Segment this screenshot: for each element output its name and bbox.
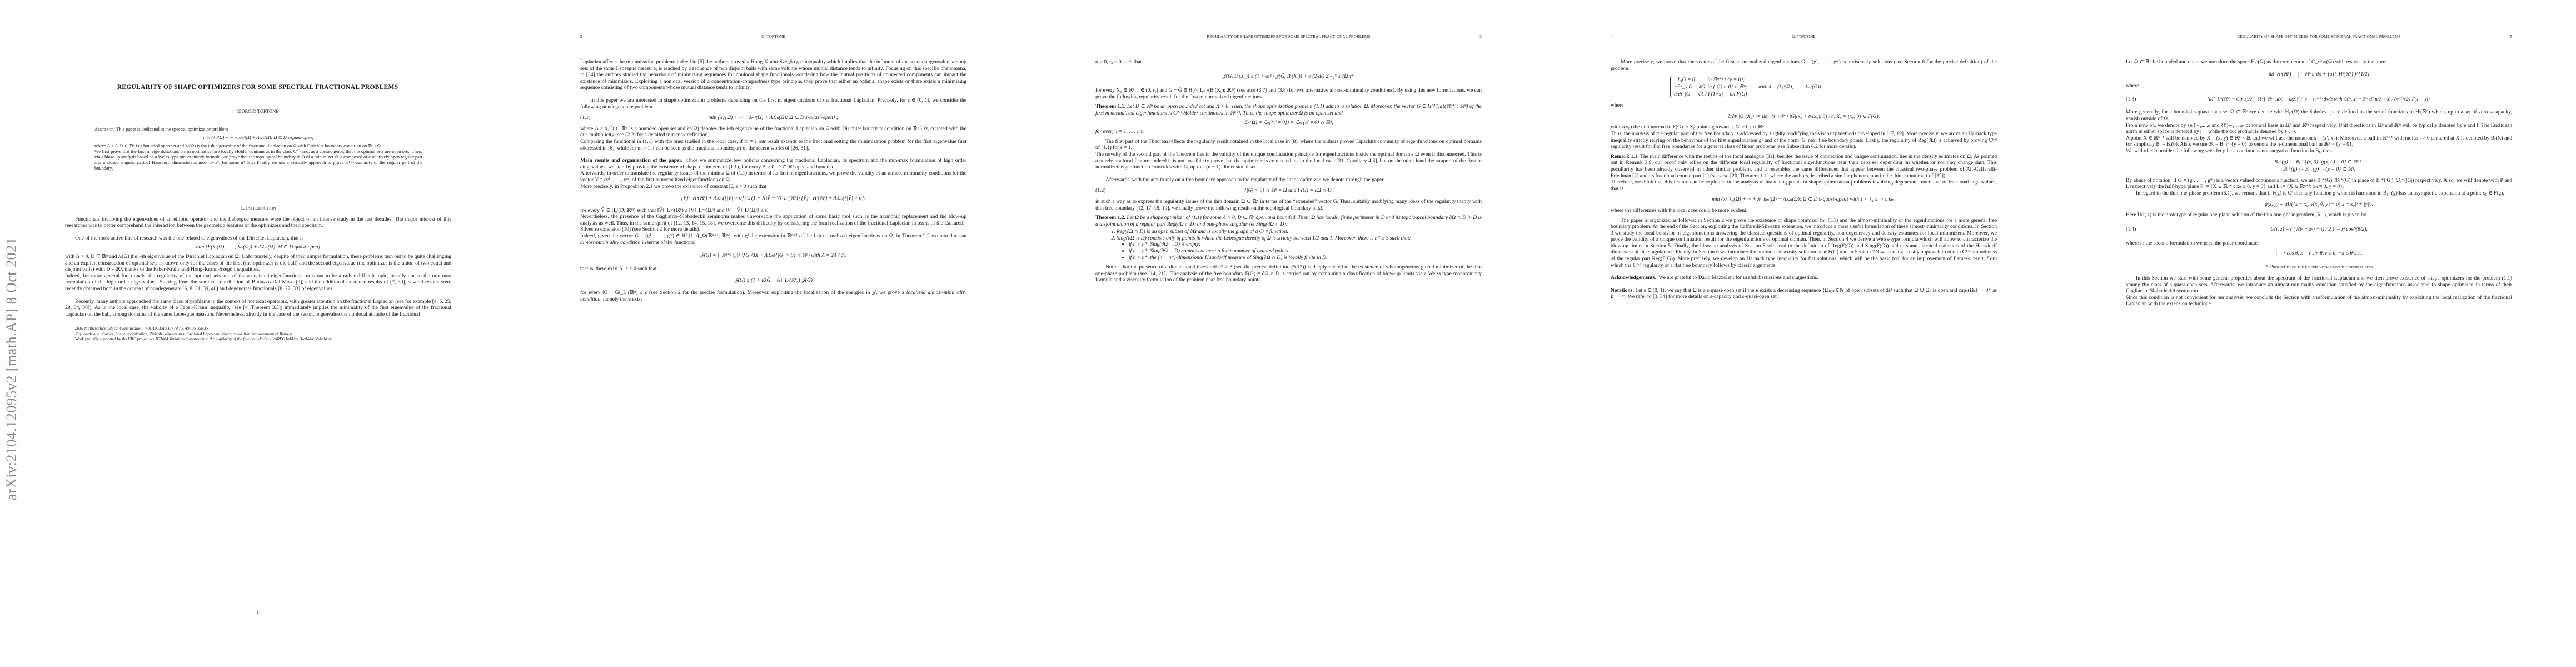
system-rhs: in {|G| > 0} ∩ ℝⁿ; <box>1707 83 1747 91</box>
equation-1-2: (1.2) {|G| > 0} ∩ ℝⁿ = Ω and F(G) = ∂Ω ∩… <box>1095 187 1482 194</box>
funding-tail: held by Bozhidar Velichkov. <box>286 336 333 341</box>
paragraph: One of the most active line of research … <box>65 235 451 242</box>
paragraph: By abuse of notation, if G = (g¹, . . . … <box>2126 177 2512 190</box>
page-number: 5 <box>2510 34 2512 39</box>
equation-body: min {λ₁ˢ(Ω) + ··· + λₘˢ(Ω) + Λℒₙ(Ω): Ω ⊂… <box>709 115 838 121</box>
paragraph: where <box>2126 83 2512 89</box>
page-4-body: More precisely, we prove that the vector… <box>1611 59 1997 300</box>
paragraph: with Λ > 0, D ⊆ ℝⁿ and λᵢ(Ω) the i-th ei… <box>65 253 451 273</box>
remark-1-1-body: The main difference with the results of … <box>1611 153 1997 179</box>
page-5: REGULARITY OF SHAPE OPTIMIZERS FOR SOME … <box>2061 0 2576 667</box>
running-head-title: REGULARITY OF SHAPE OPTIMIZERS FOR SOME … <box>1095 34 1482 39</box>
system-with: with λ = (λ₁ˢ(Ω), . . . , λₘˢ(Ω)), <box>1758 84 1822 91</box>
text: in terms of the functional <box>642 240 696 246</box>
system-lhs: −∂ᵃ_y G = λG <box>1674 83 1706 91</box>
equation-body: {|G| > 0} ∩ ℝⁿ = Ω and F(G) = ∂Ω ∩ D, <box>1244 187 1333 193</box>
theorem-1-1-tail: for every i = 1, . . . , m. <box>1095 128 1482 135</box>
system-cases: −LₐG = 0 in ℝⁿ⁺¹ \ {y = 0}; −∂ᵃ_y G = λG… <box>1670 76 1747 98</box>
equation-1-3: (1.3) [u]²_Hˢ(ℝⁿ) = C(n,s)/2 ∫_ℝⁿ ∫_ℝⁿ |… <box>2126 96 2512 103</box>
system-rhs: in ℝⁿ⁺¹ \ {y = 0}; <box>1707 76 1745 83</box>
paragraph: Laplacian affects the minimization probl… <box>580 59 966 91</box>
paragraph: More generally, for a bounded s-quasi-op… <box>2126 109 2512 122</box>
main-results-heading: Main results and organization of the pap… <box>580 157 682 163</box>
equation-tag: (1.1) <box>580 115 590 121</box>
theorem-1-1-body: Let D ⊂ ℝⁿ be an open bounded set and Λ … <box>1095 103 1482 116</box>
abstract-label: Abstract. <box>94 127 114 132</box>
paragraph: with ν(x₀) the unit normal to F(G) at X₀… <box>1611 124 1997 131</box>
footnotes: 2010 Mathematics Subject Classification.… <box>65 326 451 341</box>
paragraph: Indeed, for more general functionals, th… <box>65 273 451 292</box>
paragraph: In regard to the thin one-phase problem … <box>2126 190 2512 197</box>
section-heading-introduction: 1. Introduction <box>65 205 451 212</box>
bullet-item: if n > n*, the (n − n*)-dimensional Haus… <box>1129 255 1482 261</box>
page-2-body: Laplacian affects the minimization probl… <box>580 59 966 302</box>
paragraph: The first part of the Theorem reflects t… <box>1095 138 1482 151</box>
paragraph: More precisely, in Proposition 2.1 we pr… <box>580 183 966 190</box>
paragraph: The paper is organized as follows: in Se… <box>1611 217 1997 269</box>
running-head-title: G. TORTONE <box>1611 34 1997 39</box>
theorem-1-1-equation: ℒₙ(Ω) = ℒₙ({vⁱ ≠ 0}) = ℒₙ({gⁱ ≠ 0} ∩ ℝⁿ) <box>1095 120 1482 126</box>
paper-title: REGULARITY OF SHAPE OPTIMIZERS FOR SOME … <box>0 83 515 91</box>
running-head-title: REGULARITY OF SHAPE OPTIMIZERS FOR SOME … <box>2126 34 2512 39</box>
theorem-1-2-list: Reg(∂Ω ∩ D) is an open subset of ∂Ω and … <box>1095 228 1482 261</box>
paragraph: Notice that the presence of a dimensiona… <box>1095 264 1482 283</box>
paragraph: Here U(t, z) is the prototype of regular… <box>2126 212 2512 218</box>
emphasis: almost-minimality condition <box>580 240 640 246</box>
bullet-item: if n = n*, Sing(∂Ω ∩ D) contains at most… <box>1129 248 1482 255</box>
theorem-1-2-body: Let Ω be a shape optimizer of (1.1) for … <box>1095 215 1482 227</box>
text: namely there exist <box>603 296 642 302</box>
paragraph: σ > 0, r₀ > 0 such that <box>1095 59 1482 66</box>
paragraph: Nevertheless, the presence of the Gaglia… <box>580 213 966 233</box>
equation-fractional-derivative: ∂/∂tˢ |G|(X₀) := lim_{t→0⁺} |G|(x₀ + tν(… <box>1611 113 1997 120</box>
equation-localized: 𝒥(G, Bᵣ(X₀)) ≤ (1 + σrⁿ) 𝒥(G̃, Bᵣ(X₀)) +… <box>1095 73 1482 80</box>
abstract-equation: min {λ₁ˢ(Ω) + ··· + λₘˢ(Ω) + Λℒₙ(Ω): Ω ⊂… <box>94 135 422 141</box>
paragraph: where Λ > 0, D ⊂ ℝⁿ is a bounded open se… <box>580 126 966 138</box>
paragraph: Afterwards, in order to translate the re… <box>580 170 966 183</box>
footnote-rule <box>65 322 91 322</box>
paragraph: Since this condition is not convenient f… <box>2126 295 2512 307</box>
abstract-body: where Λ > 0, D ⊂ ℝⁿ is a bounded open se… <box>94 143 422 149</box>
paragraph: for every X₀ ∈ ℝⁿ, r ∈ (0, r₀] and G − G… <box>1095 87 1482 100</box>
paragraph: In this Section we start with some gener… <box>2126 275 2512 295</box>
section-heading-2: 2. Properties of the eigenfunctions on t… <box>2126 264 2512 271</box>
keywords-label: Key words and phrases. <box>75 331 114 336</box>
acknowledgements-body: We are grateful to Dario Mazzoleni for u… <box>1658 275 1818 281</box>
equation-almost-minimality: [V]²_Hˢ(ℝⁿ) + Λℒₙ({|V| > 0}) ≤ (1 + K‖Ṽ … <box>580 195 966 202</box>
paragraph: where in the second formulation we used … <box>2126 240 2512 247</box>
system-lhs: −LₐG = 0 <box>1674 76 1706 83</box>
equation-tag: (1.4) <box>2126 226 2136 233</box>
equation: min {F(λ₁(Ω), . . . , λₘ(Ω)) + Λℒₙ(Ω): Ω… <box>65 244 451 251</box>
equation-degenerate: min {λˢ_k₁(Ω) + ··· + λˢ_kₘ(Ω) + Λℒₙ(Ω):… <box>1611 196 1997 203</box>
abstract-body-2: We first prove that the first m eigenfun… <box>94 149 422 171</box>
equation-sets-1: Bᵣ⁺(g) := Bᵣ \ {(x, 0): g(x, 0) = 0} ⊂ ℝ… <box>2126 159 2512 166</box>
paragraph: that is, there exist K, ε > 0 such that <box>580 266 966 272</box>
paragraph: Functionals involving the eigenvalues of… <box>65 216 451 229</box>
abstract: Abstract. This paper is dedicated to the… <box>94 127 422 171</box>
system-rhs: on F(G) <box>1730 91 1747 98</box>
msc-codes: 49Q10, 35R11, 47A75, 49R05 35R35. <box>146 326 209 331</box>
equation-J-inequality: 𝒥(G) ≤ (1 + K‖G̃ − G‖_L¹(ℝⁿ)) 𝒥(G̃) <box>580 277 966 284</box>
theorem-1-2-label: Theorem 1.2. <box>1095 215 1125 221</box>
paragraph: Comparing the functional in (1.1) with t… <box>580 138 966 151</box>
bullet-item: if n < n*, Sing(∂Ω ∩ D) is empty; <box>1129 241 1482 248</box>
paragraph: We will often consider the following set… <box>2126 148 2512 155</box>
paragraph: Let Ω ⊂ ℝⁿ be bounded and open, we intro… <box>2126 59 2512 66</box>
list-item: Reg(∂Ω ∩ D) is an open subset of ∂Ω and … <box>1117 228 1482 235</box>
funding: Work partially supported by the ERC proj… <box>75 336 168 341</box>
equation-body: U(t, z) = ( (√(t² + z²) + t) / 2 )ˢ = rˢ… <box>2270 226 2368 232</box>
page-1: arXiv:2104.12095v2 [math.AP] 8 Oct 2021 … <box>0 0 515 667</box>
msc-label: 2010 Mathematics Subject Classification. <box>75 326 143 331</box>
system-lhs: ∂/∂tˢ |G| = √Λ / Γ(1+s) <box>1674 91 1723 98</box>
list-item-text: Sing(∂Ω ∩ D) consists only of points in … <box>1117 235 1411 241</box>
paragraph: where <box>1611 102 1997 109</box>
equation-polar: t = r cos θ, z = r sin θ, r ≥ 0, −π ≤ θ … <box>2126 250 2512 257</box>
paragraph: A point X ∈ ℝⁿ⁺¹ will be denoted by X = … <box>2126 135 2512 148</box>
paragraph: Thus, the analysis of the regular part o… <box>1611 131 1997 150</box>
paragraph: Therefore, we think that this feature ca… <box>1611 179 1997 192</box>
paragraph: In this paper we are interested in shape… <box>580 97 966 110</box>
arxiv-stamp: arXiv:2104.12095v2 [math.AP] 8 Oct 2021 <box>3 237 20 500</box>
paragraph: for every Ṽ ∈ H₀ˢ(D; ℝᵐ) such that ‖Ṽ‖_L… <box>580 207 966 214</box>
list-item: Sing(∂Ω ∩ D) consists only of points in … <box>1117 235 1482 261</box>
page-2: 2 G. TORTONE Laplacian affects the minim… <box>515 0 1030 667</box>
remark-1-1-label: Remark 1.1. <box>1611 153 1639 160</box>
paragraph: From now on, we denote by {eᵢ}ᵢ₌₁,...,ₙ … <box>2126 122 2512 135</box>
paragraph: The novelty of the second part of the Th… <box>1095 151 1482 171</box>
text: Indeed, given the vector G = (g¹, . . . … <box>580 233 966 239</box>
equation-1-4: (1.4) U(t, z) = ( (√(t² + z²) + t) / 2 )… <box>2126 226 2512 233</box>
equation-sets-2: ℬᵣ⁺(g) := Bᵣ⁺(g) ∩ {y = 0} ⊂ ℝⁿ. <box>2126 166 2512 173</box>
text: for every ‖G − G̃‖_L¹(ℝⁿ) ≤ ε (see Secti… <box>580 290 904 296</box>
equation-tag: (1.3) <box>2126 96 2136 103</box>
theorem-1-2-bullets: if n < n*, Sing(∂Ω ∩ D) is empty; if n =… <box>1117 241 1482 261</box>
author-name: GIORGIO TORTONE <box>0 109 515 114</box>
viscosity-system: −LₐG = 0 in ℝⁿ⁺¹ \ {y = 0}; −∂ᵃ_y G = λG… <box>1670 76 1997 98</box>
equation-norm: ‖u‖_Hˢ(ℝⁿ) = ( ∫_ℝⁿ u²dx + [u]²_Hˢ(ℝⁿ) )… <box>2126 71 2512 78</box>
running-head-title: G. TORTONE <box>580 34 966 39</box>
equation-expansion: g(x, y) = αU(⟨x − x₀, ν(x₀)⟩, y) + o(|x … <box>2126 201 2512 208</box>
paragraph: Afterwards, with the aim to rely on a fr… <box>1095 177 1482 183</box>
page-1-body: 1. Introduction Functionals involving th… <box>65 197 451 341</box>
paragraph: Recently, many authors approached the sa… <box>65 298 451 318</box>
notations-body: Let s ∈ (0, 1), we say that Ω is a s-qua… <box>1611 287 1997 300</box>
theorem-1-1-label: Theorem 1.1. <box>1095 103 1125 109</box>
page-number: 3 <box>1479 34 1482 39</box>
equation-functional-J: 𝒥(G) = ∫_ℝⁿ⁺¹ |y|ᵃ|∇G|²dX + Λ̃ℒₙ({|G| > … <box>580 252 966 259</box>
acknowledgements-label: Acknowledgements. <box>1611 275 1656 281</box>
page-3-body: σ > 0, r₀ > 0 such that 𝒥(G, Bᵣ(X₀)) ≤ (… <box>1095 59 1482 283</box>
paragraph: More precisely, we prove that the vector… <box>1611 59 1997 72</box>
equation-tag: (1.2) <box>1095 187 1105 194</box>
abstract-intro: This paper is dedicated to the spectral … <box>116 127 228 132</box>
paragraph: where the differences with the local cas… <box>1611 207 1997 214</box>
notations-label: Notations. <box>1611 287 1634 293</box>
page-number: 1 <box>0 610 515 615</box>
equation-1-1: (1.1) min {λ₁ˢ(Ω) + ··· + λₘˢ(Ω) + Λℒₙ(Ω… <box>580 115 966 121</box>
keywords: Shape optimization, Dirichlet eigenvalue… <box>116 331 293 336</box>
page-4: 4 G. TORTONE More precisely, we prove th… <box>1546 0 2061 667</box>
equation-body: [u]²_Hˢ(ℝⁿ) = C(n,s)/2 ∫_ℝⁿ ∫_ℝⁿ |u(x) −… <box>2207 96 2431 102</box>
page-5-body: Let Ω ⊂ ℝⁿ be bounded and open, we intro… <box>2126 59 2512 307</box>
page-3: REGULARITY OF SHAPE OPTIMIZERS FOR SOME … <box>1030 0 1546 667</box>
funding-project: Variational approach to the regularity o… <box>169 336 285 341</box>
paragraph: in such a way as to express the regulari… <box>1095 198 1482 211</box>
